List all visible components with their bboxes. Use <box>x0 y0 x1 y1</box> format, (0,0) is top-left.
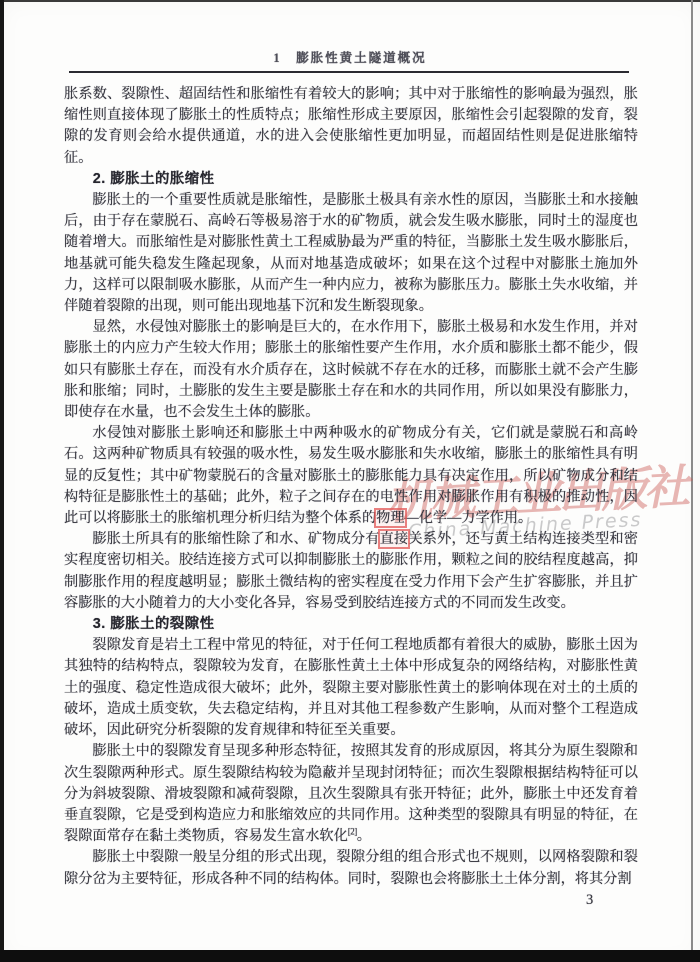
header-rule <box>69 71 629 73</box>
paragraph: 显然，水侵蚀对膨胀土的影响是巨大的，在水作用下，膨胀土极易和水发生作用，并对膨胀… <box>64 317 638 423</box>
citation-ref: [2] <box>348 826 357 836</box>
scan-edge-right <box>691 0 693 950</box>
annotation-red-box: 直接 <box>380 531 409 547</box>
text-segment: 。 <box>357 828 371 844</box>
text-segment: 膨胀土所具有的胀缩性除了和水、矿物成分有 <box>92 531 379 547</box>
text-segment: —化学—力学作用。 <box>405 510 533 526</box>
paragraph: 裂隙发育是岩土工程中常见的特征，对于任何工程地质都有着很大的威胁，膨胀土因为其独… <box>64 635 638 741</box>
paragraph: 水侵蚀对膨胀土影响还和膨胀土中两种吸水的矿物成分有关，它们就是蒙脱石和高岭石。这… <box>64 423 638 529</box>
paragraph: 膨胀土中裂隙一般呈分组的形式出现，裂隙分组的组合形式也不规则，以网格裂隙和裂隙分… <box>64 847 638 889</box>
paragraph: 膨胀土的一个重要性质就是胀缩性，是膨胀土极具有亲水性的原因，当膨胀土和水接触后，… <box>64 190 638 317</box>
scan-edge-top <box>0 0 700 2</box>
paragraph: 膨胀土中的裂隙发育呈现多种形态特征，按照其发育的形成原因，将其分为原生裂隙和次生… <box>64 741 638 847</box>
body-text: 胀系数、裂隙性、超固结性和胀缩性有着较大的影响；其中对于胀缩性的影响最为强烈，胀… <box>64 84 638 890</box>
section-heading-swell-shrink: 2. 膨胀土的胀缩性 <box>64 169 638 190</box>
chapter-header: 1 膨胀性黄土隧道概况 <box>0 48 700 66</box>
annotation-red-box: 物理 <box>376 510 404 526</box>
scan-edge-left <box>0 0 4 962</box>
page-number: 3 <box>586 892 593 909</box>
scan-edge-bottom <box>0 950 700 962</box>
paragraph-continuation: 胀系数、裂隙性、超固结性和胀缩性有着较大的影响；其中对于胀缩性的影响最为强烈，胀… <box>64 84 638 169</box>
scanned-page: 1 膨胀性黄土隧道概况 机械工业出版社 China Machine Press … <box>0 0 700 962</box>
text-segment: 水侵蚀对膨胀土影响还和膨胀土中两种吸水的矿物成分有关，它们就是蒙脱石和高岭石。这… <box>64 425 638 526</box>
paragraph: 膨胀土所具有的胀缩性除了和水、矿物成分有直接关系外，还与黄土结构连接类型和密实程… <box>64 529 638 614</box>
section-heading-fissuring: 3. 膨胀土的裂隙性 <box>64 614 638 635</box>
